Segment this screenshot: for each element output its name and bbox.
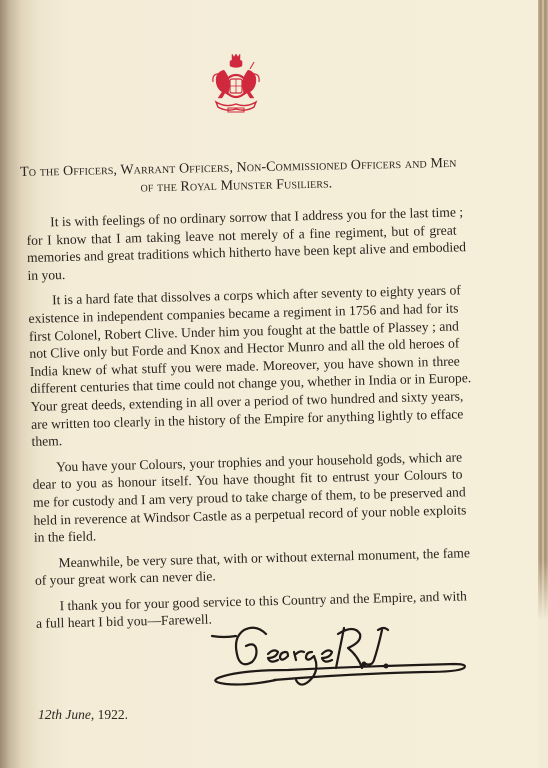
paragraph: It is a hard fate that dissolves a corps… [28,282,462,451]
letter-body: It is with feelings of no ordinary sorro… [26,203,466,640]
paragraph: Meanwhile, be very sure that, with or wi… [34,544,465,590]
page-edge-fade [538,560,548,768]
date-year: , 1922. [91,707,128,722]
date-day: 12th June [38,707,91,722]
paragraph: It is with feelings of no ordinary sorro… [26,203,458,284]
paragraph: You have your Colours, your trophies and… [32,448,464,546]
letter-date: 12th June, 1922. [38,707,128,723]
signature-icon [206,620,466,700]
royal-coat-of-arms-icon [206,52,266,114]
